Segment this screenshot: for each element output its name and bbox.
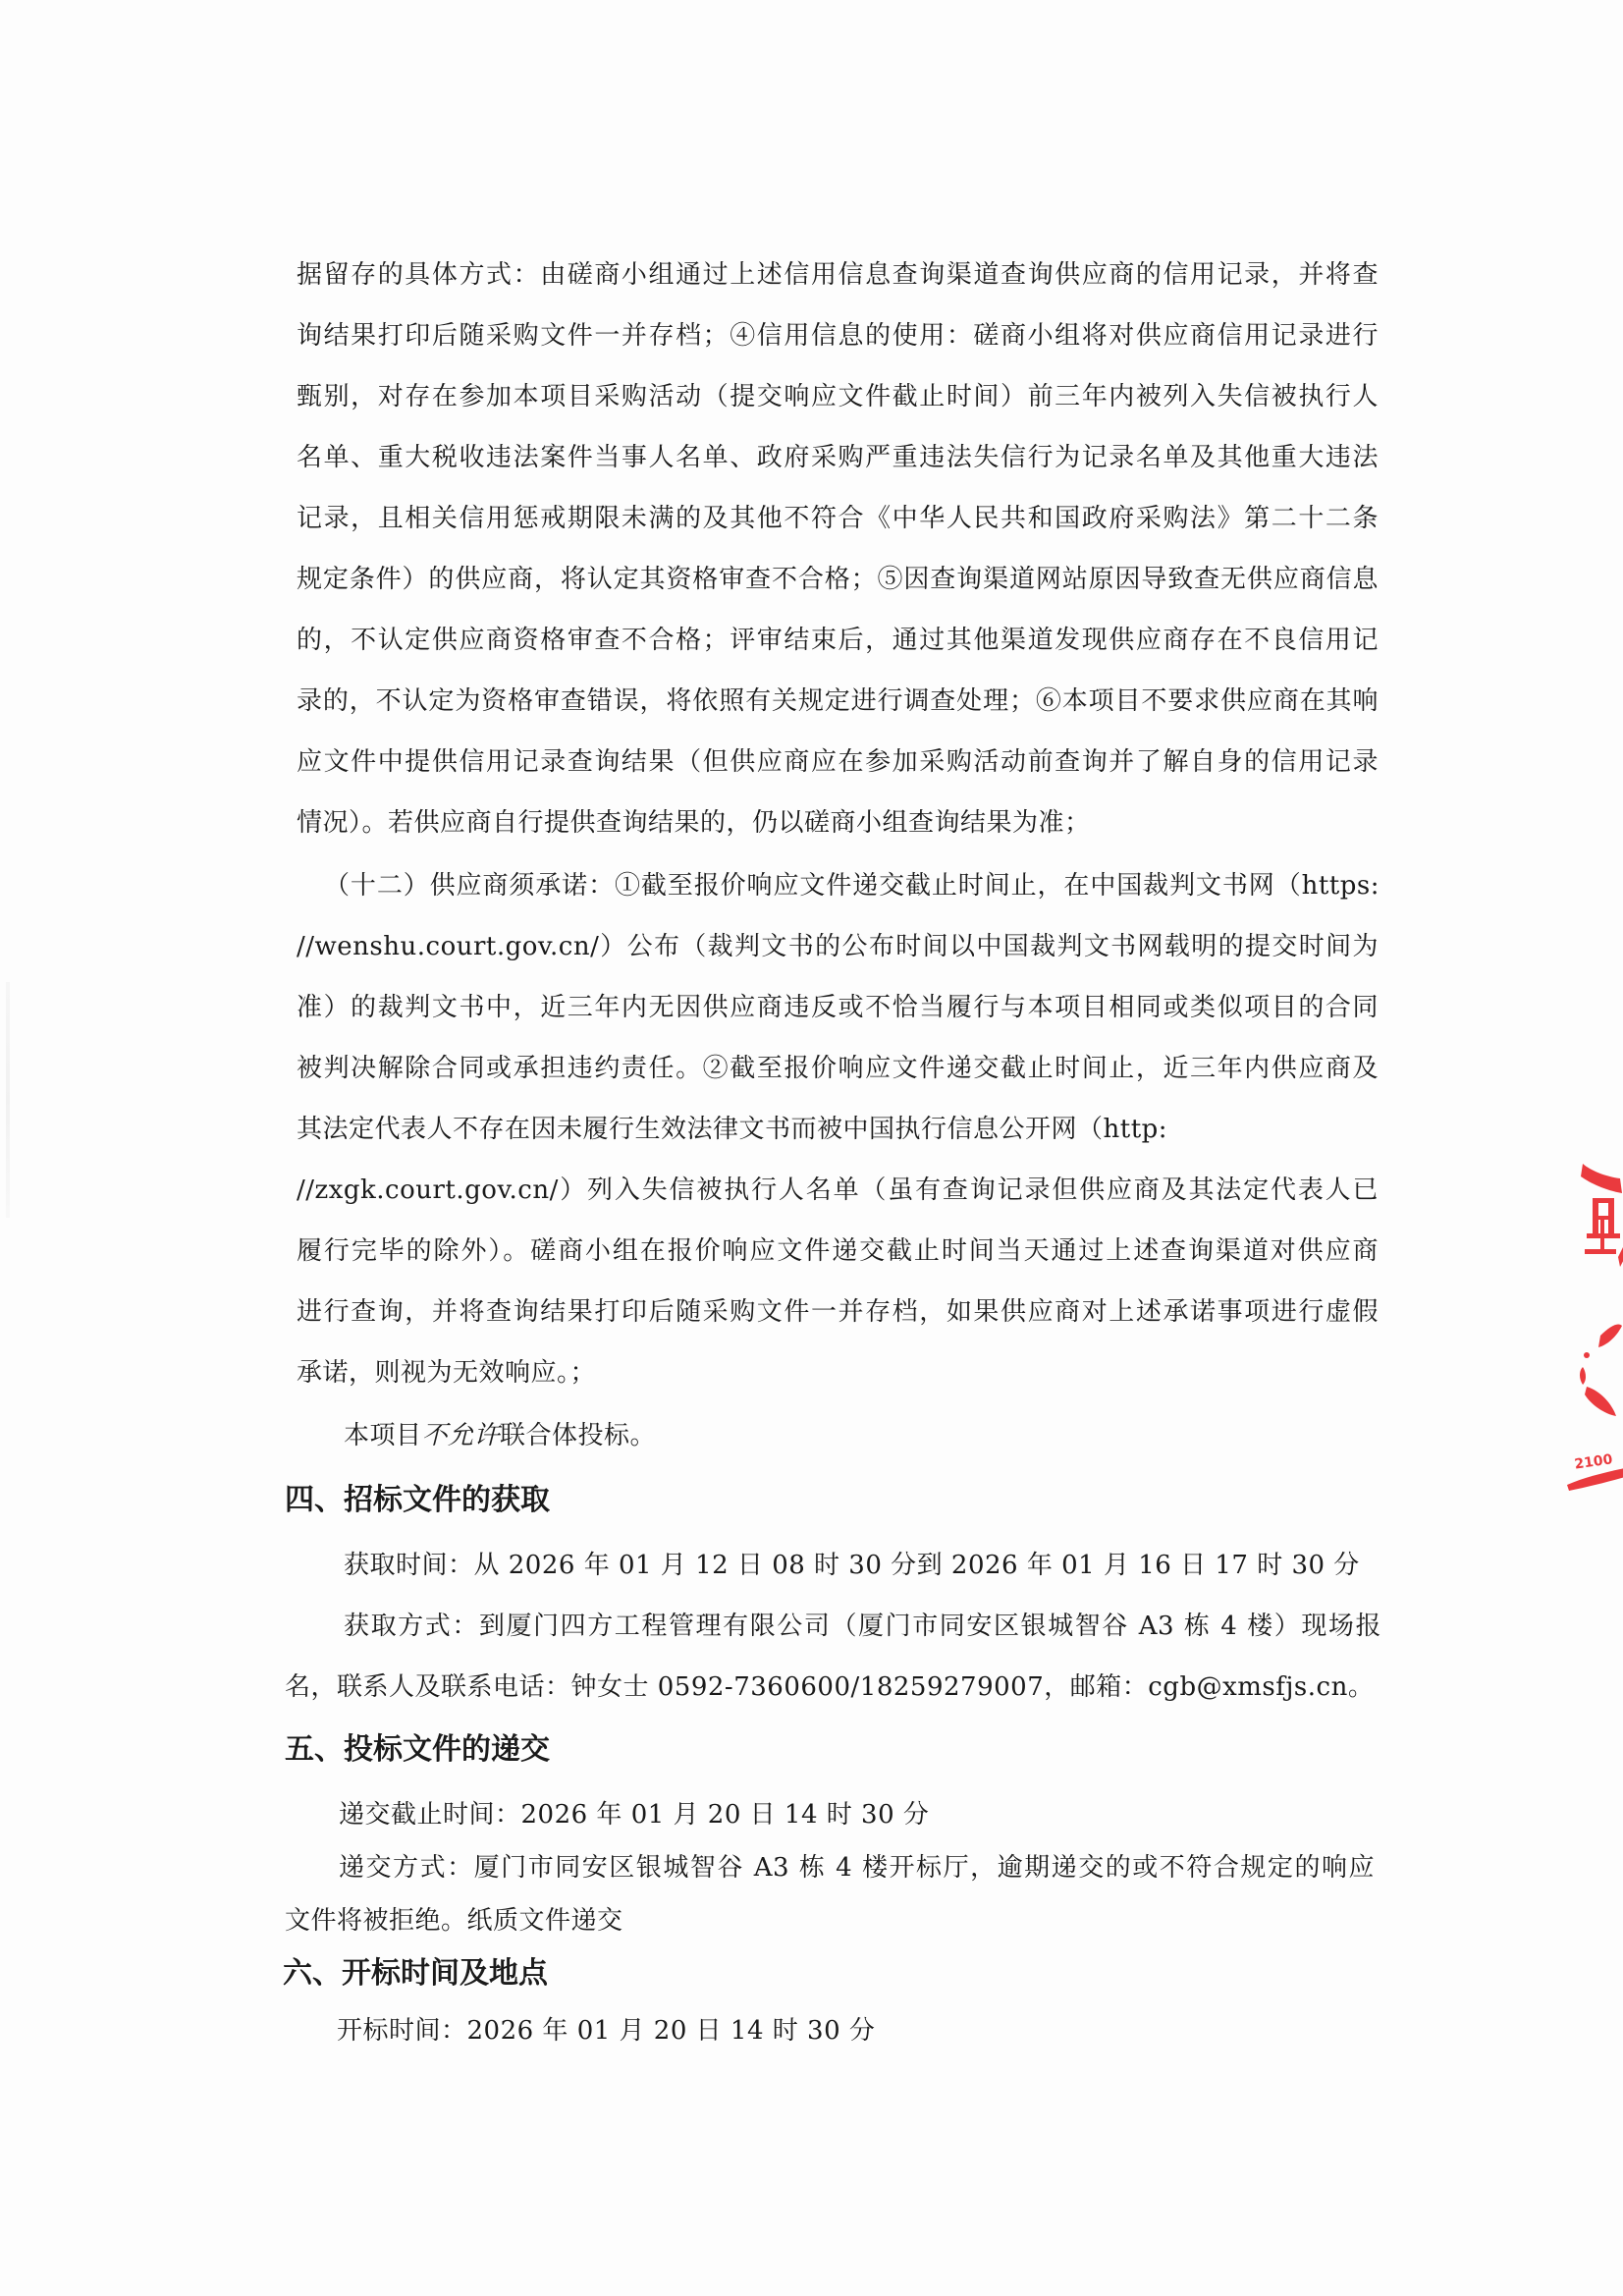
text-line: 准）的裁判文书中，近三年内无因供应商违反或不恰当履行与本项目相同或类似项目的合同 xyxy=(297,993,1379,1022)
section-5-deadline: 递交截止时间：2026 年 01 月 20 日 14 时 30 分 xyxy=(339,1800,929,1830)
text-line: 据留存的具体方式：由磋商小组通过上述信用信息查询渠道查询供应商的信用记录，并将查 xyxy=(297,260,1379,290)
section-4-heading: 四、招标文件的获取 xyxy=(285,1484,550,1517)
text-line: 承诺，则视为无效响应。； xyxy=(297,1358,596,1388)
consortium-suffix: 联合体投标。 xyxy=(500,1421,656,1450)
section-5-method-line1: 递交方式：厦门市同安区银城智谷 A3 栋 4 楼开标厅，逾期递交的或不符合规定的… xyxy=(339,1853,1375,1883)
text-line: 规定条件）的供应商，将认定其资格审查不合格；⑤因查询渠道网站原因导致查无供应商信… xyxy=(297,565,1379,594)
consortium-statement: 本项目不允许联合体投标。 xyxy=(344,1421,656,1450)
text-line: //zxgk.court.gov.cn/）列入失信被执行人名单（虽有查询记录但供… xyxy=(297,1175,1379,1205)
section-5-heading: 五、投标文件的递交 xyxy=(285,1733,550,1767)
document-page: 据留存的具体方式：由磋商小组通过上述信用信息查询渠道查询供应商的信用记录，并将查… xyxy=(0,0,1623,2296)
section-6-time: 开标时间：2026 年 01 月 20 日 14 时 30 分 xyxy=(337,2016,875,2046)
section-4-method-line1: 获取方式：到厦门四方工程管理有限公司（厦门市同安区银城智谷 A3 栋 4 楼）现… xyxy=(344,1612,1381,1641)
text-line: 情况）。若供应商自行提供查询结果的，仍以磋商小组查询结果为准； xyxy=(297,808,1091,838)
text-line: 进行查询，并将查询结果打印后随采购文件一并存档，如果供应商对上述承诺事项进行虚假 xyxy=(297,1297,1379,1327)
text-line: （十二）供应商须承诺：①截至报价响应文件递交截止时间止，在中国裁判文书网（htt… xyxy=(324,871,1380,901)
text-line: 询结果打印后随采购文件一并存档；④信用信息的使用：磋商小组将对供应商信用记录进行 xyxy=(297,321,1379,351)
text-line: 的，不认定供应商资格审查不合格；评审结束后，通过其他渠道发现供应商存在不良信用记 xyxy=(297,626,1379,655)
text-line: //wenshu.court.gov.cn/）公布（裁判文书的公布时间以中国裁判… xyxy=(297,932,1379,961)
text-line: 履行完毕的除外）。磋商小组在报价响应文件递交截止时间当天通过上述查询渠道对供应商 xyxy=(297,1236,1379,1266)
section-6-heading: 六、开标时间及地点 xyxy=(283,1957,548,1991)
svg-text:2100: 2100 xyxy=(1574,1451,1614,1472)
text-line: 应文件中提供信用记录查询结果（但供应商应在参加采购活动前查询并了解自身的信用记录 xyxy=(297,747,1379,777)
consortium-prefix: 本项目 xyxy=(344,1421,422,1450)
text-line: 录的，不认定为资格审查错误，将依照有关规定进行调查处理；⑥本项目不要求供应商在其… xyxy=(297,686,1379,716)
text-line: 记录，且相关信用惩戒期限未满的及其他不符合《中华人民共和国政府采购法》第二十二条 xyxy=(297,504,1379,533)
section-5-method-line2: 文件将被拒绝。纸质文件递交 xyxy=(285,1906,623,1936)
scan-margin-mark xyxy=(6,982,10,1218)
section-4-time: 获取时间：从 2026 年 01 月 12 日 08 时 30 分到 2026 … xyxy=(344,1551,1360,1580)
text-line: 甄别，对存在参加本项目采购活动（提交响应文件截止时间）前三年内被列入失信被执行人 xyxy=(297,382,1379,411)
red-seal-stamp-icon: 2100 xyxy=(1561,1159,1623,1493)
consortium-emphasis: 不允许 xyxy=(422,1421,501,1450)
text-line: 名单、重大税收违法案件当事人名单、政府采购严重违法失信行为记录名单及其他重大违法 xyxy=(297,443,1379,472)
text-line: 被判决解除合同或承担违约责任。②截至报价响应文件递交截止时间止，近三年内供应商及 xyxy=(297,1054,1379,1083)
text-line: 其法定代表人不存在因未履行生效法律文书而被中国执行信息公开网（http: xyxy=(297,1115,1167,1144)
section-4-method-line2: 名，联系人及联系电话：钟女士 0592-7360600/18259279007，… xyxy=(285,1672,1374,1702)
